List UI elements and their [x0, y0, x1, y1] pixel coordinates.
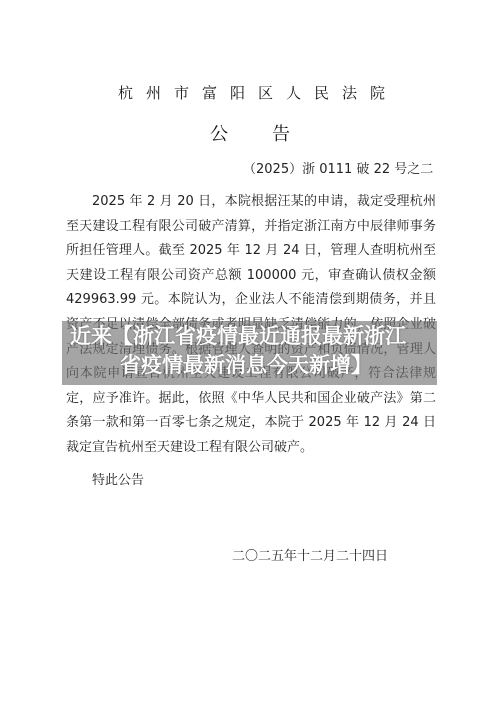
notice-title-char-1: 公 — [210, 120, 228, 146]
headline-overlay[interactable]: 近来【浙江省疫情最近通报最新浙江 省疫情最新消息今天新增】 — [62, 321, 437, 385]
notice-title: 公告 — [0, 120, 500, 146]
headline-line-1: 近来【浙江省疫情最近通报最新浙江 — [70, 321, 406, 351]
headline-line-2: 省疫情最新消息今天新增】 — [120, 350, 372, 380]
notice-date: 二〇二五年十二月二十四日 — [232, 545, 388, 564]
notice-title-char-2: 告 — [272, 120, 290, 146]
closing-phrase: 特此公告 — [92, 469, 144, 488]
case-number: （2025）浙 0111 破 22 号之二 — [243, 158, 433, 177]
court-name-heading: 杭州市富阳区人民法院 — [0, 82, 500, 103]
